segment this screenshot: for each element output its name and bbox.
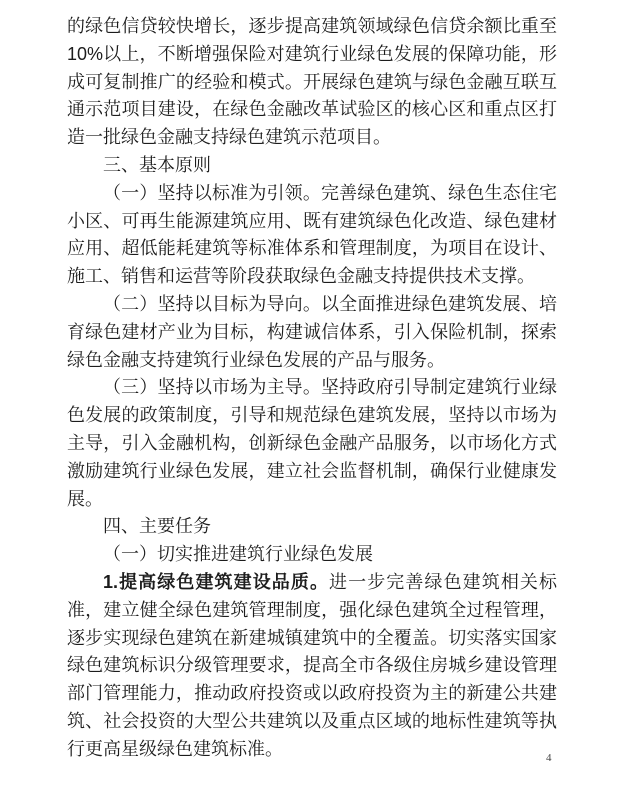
paragraph-task-1-quality: 1.提高绿色建筑建设品质。进一步完善绿色建筑相关标准，建立健全绿色建筑管理制度，…	[67, 569, 557, 764]
section-heading-basic-principles: 三、基本原则	[67, 152, 557, 180]
document-body: 的绿色信贷较快增长，逐步提高建筑领域绿色信贷余额比重至10%以上，不断增强保险对…	[67, 6, 557, 764]
paragraph-principle-3-market: （三）坚持以市场为主导。坚持政府引导制定建筑行业绿色发展的政策制度，引导和规范绿…	[67, 374, 557, 513]
paragraph-principle-1-standards: （一）坚持以标准为引领。完善绿色建筑、绿色生态住宅小区、可再生能源建筑应用、既有…	[67, 180, 557, 291]
page-number: 4	[546, 751, 552, 765]
document-page: 的绿色信贷较快增长，逐步提高建筑领域绿色信贷余额比重至10%以上，不断增强保险对…	[0, 0, 623, 788]
paragraph-continuation: 的绿色信贷较快增长，逐步提高建筑领域绿色信贷余额比重至10%以上，不断增强保险对…	[67, 13, 557, 152]
paragraph-principle-2-goals: （二）坚持以目标为导向。以全面推进绿色建筑发展、培育绿色建材产业为目标，构建诚信…	[67, 291, 557, 374]
task-1-bold-lead: 1.提高绿色建筑建设品质。	[103, 572, 329, 592]
subsection-heading-green-development: （一）切实推进建筑行业绿色发展	[67, 541, 557, 569]
section-heading-main-tasks: 四、主要任务	[67, 513, 557, 541]
task-1-body-text: 进一步完善绿色建筑相关标准，建立健全绿色建筑管理制度，强化绿色建筑全过程管理，逐…	[67, 572, 557, 759]
